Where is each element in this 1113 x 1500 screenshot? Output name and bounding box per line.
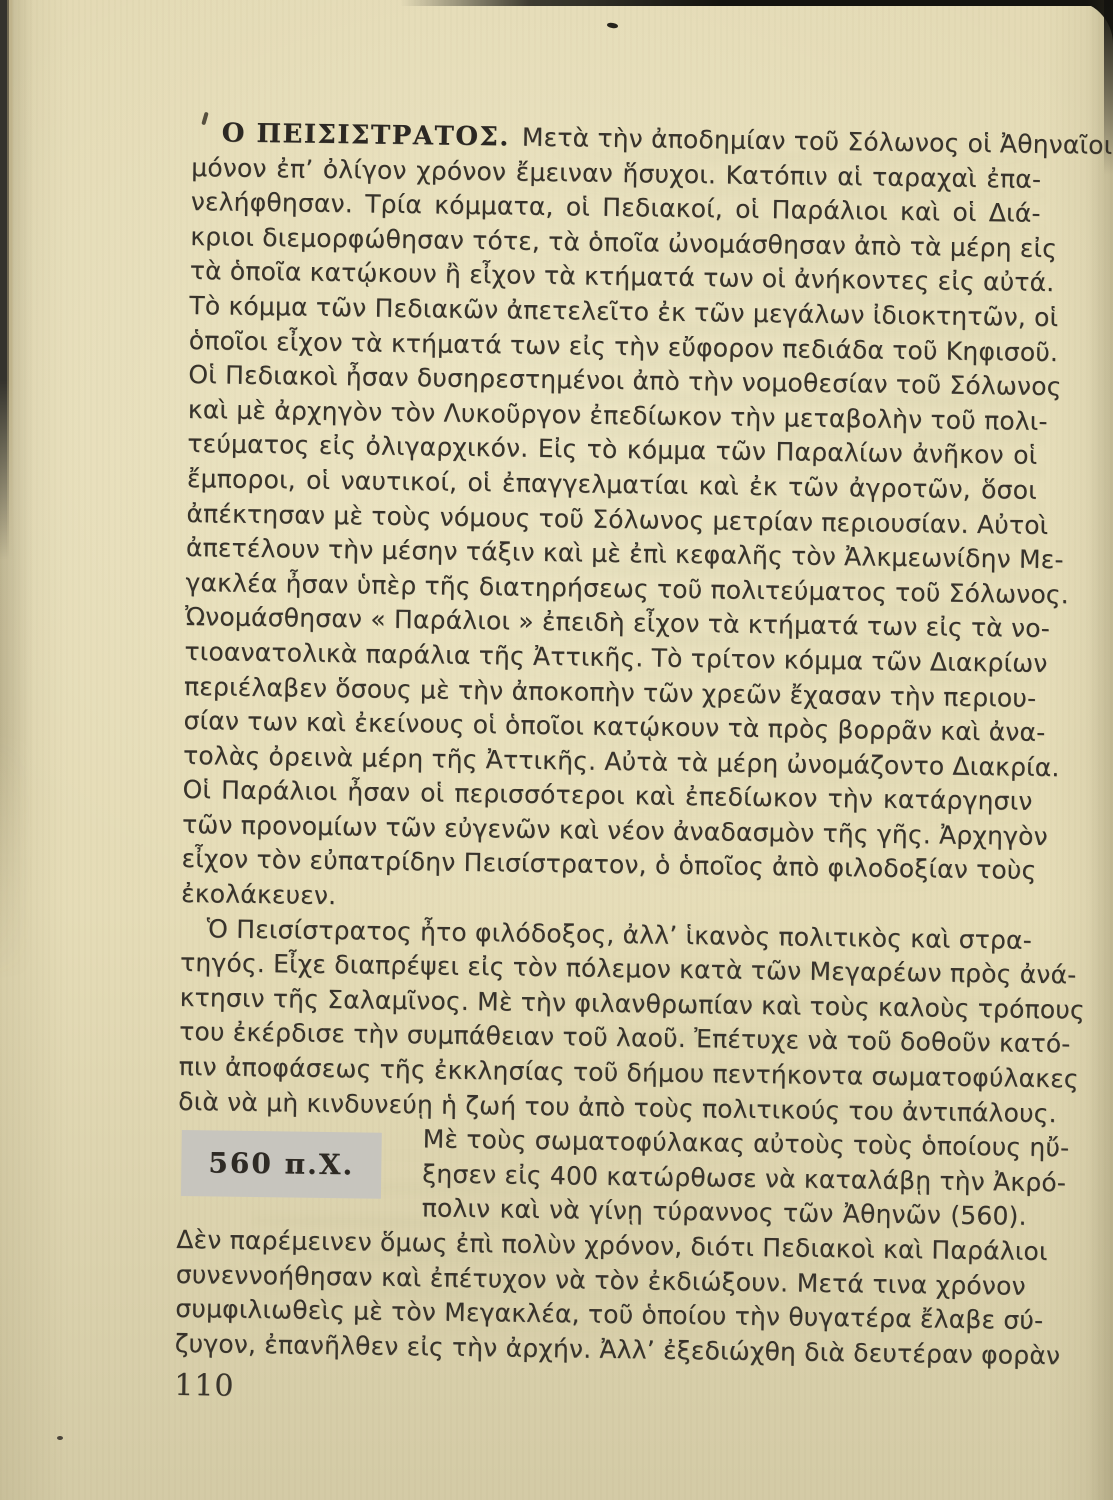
- body-text-block: Ο ΠΕΙΣΙΣΤΡΑΤΟΣ.Μετὰ τὴν ἀποδημίαν τοῦ Σό…: [174, 116, 1042, 1416]
- scanned-book-page: Ο ΠΕΙΣΙΣΤΡΑΤΟΣ.Μετὰ τὴν ἀποδημίαν τοῦ Σό…: [0, 0, 1113, 1500]
- margin-year-label: 560 π.Χ.: [208, 1146, 354, 1183]
- scan-edge-top: [400, 0, 1113, 6]
- scan-edge-left: [0, 0, 14, 560]
- text-run: Μετὰ τὴν ἀποδημίαν τοῦ Σόλωνος οἱ Ἀθηναῖ…: [522, 123, 1113, 160]
- section-heading: Ο ΠΕΙΣΙΣΤΡΑΤΟΣ.: [222, 118, 511, 152]
- ink-speck: [57, 1436, 63, 1440]
- page-edge-shade-right: [1087, 0, 1113, 1500]
- margin-year-note: 560 π.Χ.: [181, 1130, 382, 1199]
